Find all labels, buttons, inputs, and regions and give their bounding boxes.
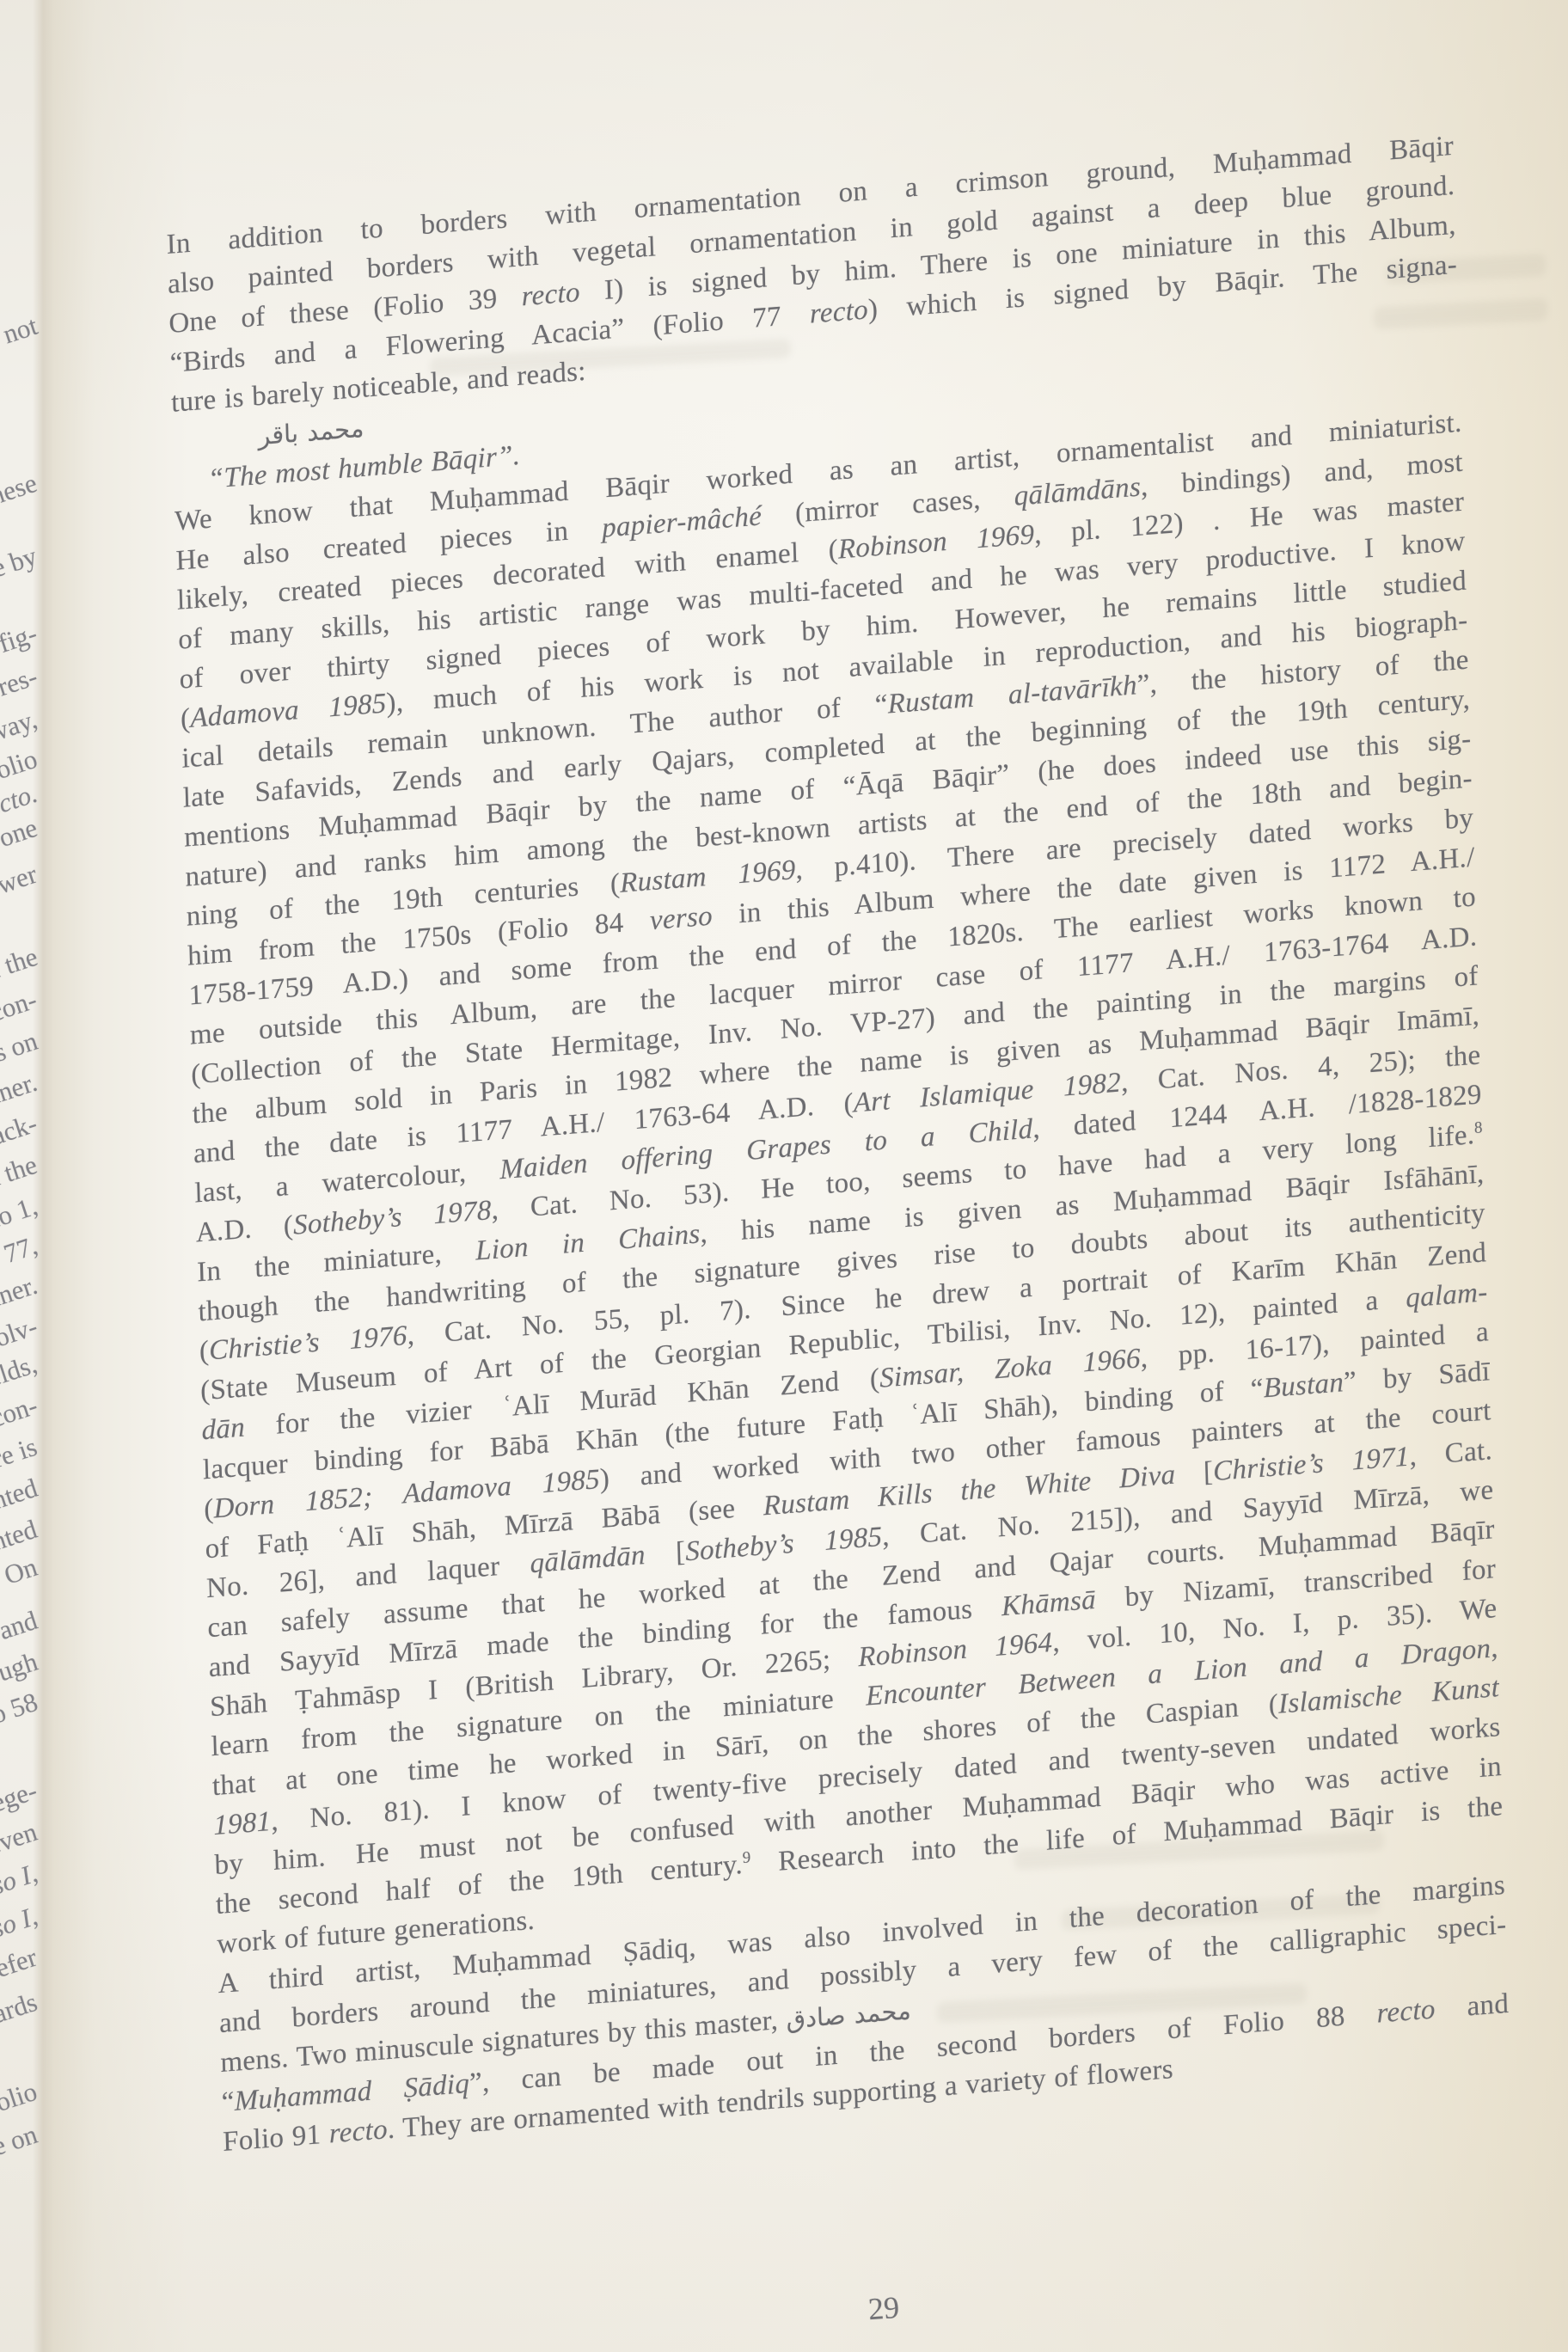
text-segment: , [1491,1632,1499,1664]
text-block: In addition to borders with ornamentatio… [166,126,1510,2162]
edge-text-fragment: these [0,469,40,511]
edge-text-fragment: None [0,814,40,857]
edge-text-fragment: one by [0,542,40,590]
text-segment: Folio 91 [223,2119,330,2158]
arabic-signature: محمد باقر [258,413,364,450]
edge-text-fragment: fields, [0,1351,40,1396]
edge-text-fragment: y wer [0,861,40,904]
edge-text-fragment: lio 58 [0,1688,40,1733]
edge-text-fragment: I) and [0,1607,40,1651]
page: In addition to borders with ornamentatio… [166,126,1510,2162]
text-segment: qālāmdān [530,1540,646,1579]
text-segment: recto [1376,1994,1436,2029]
edge-text-fragment: erso I, [0,1859,40,1906]
edge-text-fragment: do not [0,312,40,358]
edge-text-fragment: expres- [0,663,40,713]
text-segment: recto [809,294,868,329]
edge-text-fragment: wards [0,1988,40,2033]
edge-text-fragment: back- [0,1110,40,1154]
edge-text-fragment: vege- [0,1777,40,1821]
edge-text-fragment: of the [0,943,40,988]
edge-text-fragment: an the [0,1151,40,1197]
edge-text-fragment: ures on [0,1027,40,1076]
text-segment: and [1435,1988,1510,2025]
text-segment: [ [645,1536,686,1571]
text-segment: dān [201,1412,245,1447]
text-segment: 1981 [213,1806,272,1841]
text-segment: qalam- [1406,1277,1488,1314]
edge-text-fragment: anner. [0,1069,40,1114]
text-segment: qālāmdāns [1014,471,1141,511]
page-number: 29 [867,2289,901,2327]
text-segment: , Cat. [1409,1435,1492,1472]
edge-text-fragment: eleven [0,1818,40,1865]
edge-text-fragment: hough [0,1648,40,1694]
text-segment: ” by Sādī [1344,1356,1491,1398]
edge-text-fragment: I refer [0,1944,40,1989]
text-segment: Khāmsā [1001,1584,1097,1622]
edge-text-fragment: e con- [0,986,40,1032]
text-segment: verso [649,901,713,937]
book-page-photo: do nottheseone byhe fig-expres-is way,, … [0,0,1568,2352]
edge-text-fragment: lio 77, [0,1232,40,1278]
edge-text-fragment: te on [0,2121,40,2162]
edge-text-fragment: n con- [0,1392,40,1438]
edge-text-fragment: nner. [0,1271,40,1313]
text-segment: recto [328,2114,388,2149]
edge-text-fragment: olio 1, [0,1192,40,1239]
arabic-signature: محمد صادق [786,1995,911,2034]
footnote-superscript: 9 [742,1848,750,1867]
footnote-superscript: 8 [1474,1118,1483,1137]
text-segment: recto [521,277,580,312]
edge-text-fragment: he fig- [0,620,40,667]
edge-text-fragment: here is [0,1433,40,1480]
text-segment: Bustan [1263,1367,1344,1404]
edge-text-fragment: ns. On [0,1553,40,1600]
facing-page-edge: do nottheseone byhe fig-expres-is way,, … [0,0,40,2352]
edge-text-fragment: erso I, [0,1902,40,1949]
text-segment: A.D. ( [195,1210,293,1249]
text-segment: “ [221,2086,235,2118]
text-segment: [ [1175,1456,1214,1490]
edge-text-fragment: (Folio [0,2078,40,2123]
edge-text-fragment: ainted [0,1516,40,1561]
